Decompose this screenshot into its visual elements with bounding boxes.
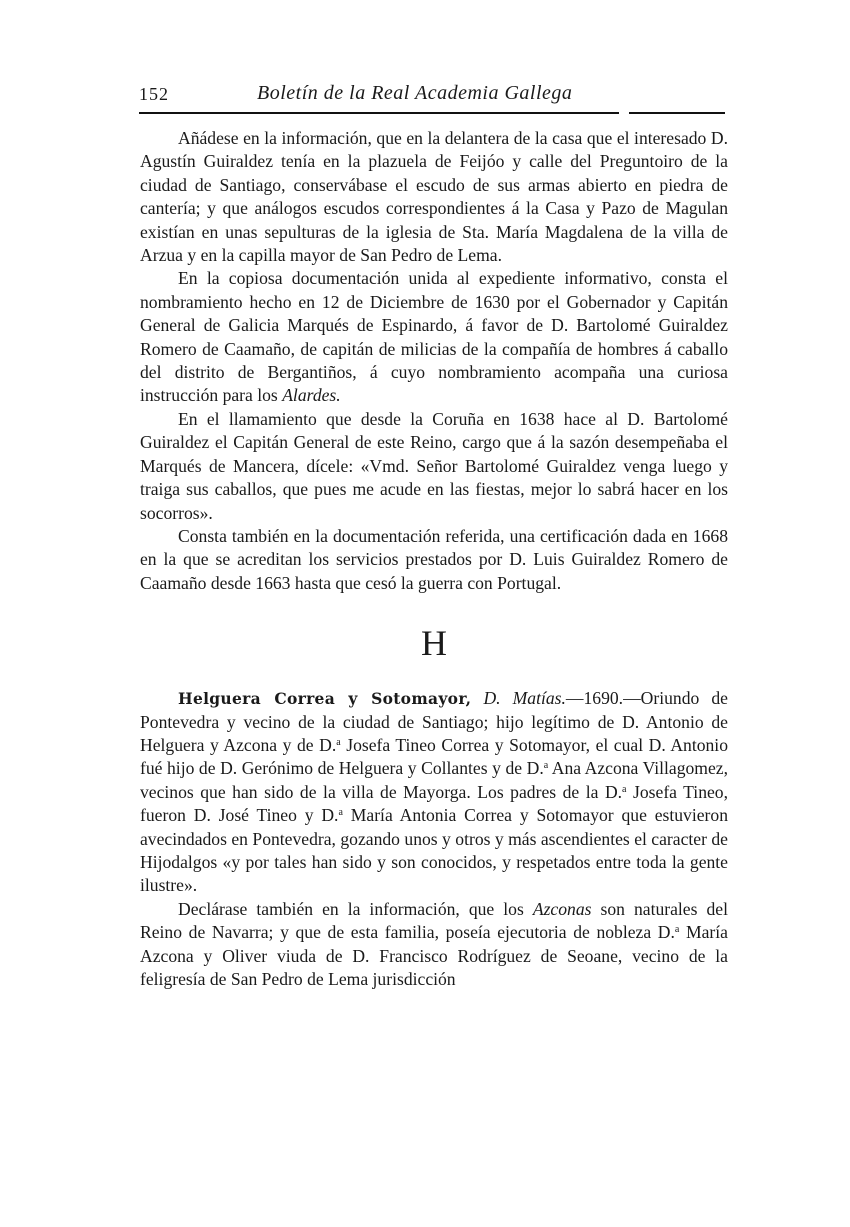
running-title: Boletín de la Real Academia Gallega xyxy=(257,82,572,105)
paragraph: En el llamamiento que desde la Coruña en… xyxy=(140,408,728,525)
paragraph: Declárase también en la información, que… xyxy=(140,898,728,992)
entry-date: —1690.— xyxy=(566,688,641,708)
header-rule-short xyxy=(629,112,725,114)
entry-paragraph: Helguera Correa y Sotomayor, D. Matías.—… xyxy=(140,687,728,898)
paragraph: Consta también en la documentación refer… xyxy=(140,525,728,595)
page-header: 152 Boletín de la Real Academia Gallega xyxy=(139,78,729,118)
document-page: 152 Boletín de la Real Academia Gallega … xyxy=(0,0,850,1227)
paragraph: En la copiosa documentación unida al exp… xyxy=(140,267,728,407)
header-rule xyxy=(139,112,619,114)
body-text: Añádese en la información, que en la del… xyxy=(140,127,728,991)
page-number: 152 xyxy=(139,84,169,105)
section-letter: H xyxy=(140,623,728,663)
paragraph: Añádese en la información, que en la del… xyxy=(140,127,728,267)
entry-surname: Helguera Correa y Sotomayor, xyxy=(178,689,471,708)
entry-given-name: D. Matías. xyxy=(483,688,565,708)
